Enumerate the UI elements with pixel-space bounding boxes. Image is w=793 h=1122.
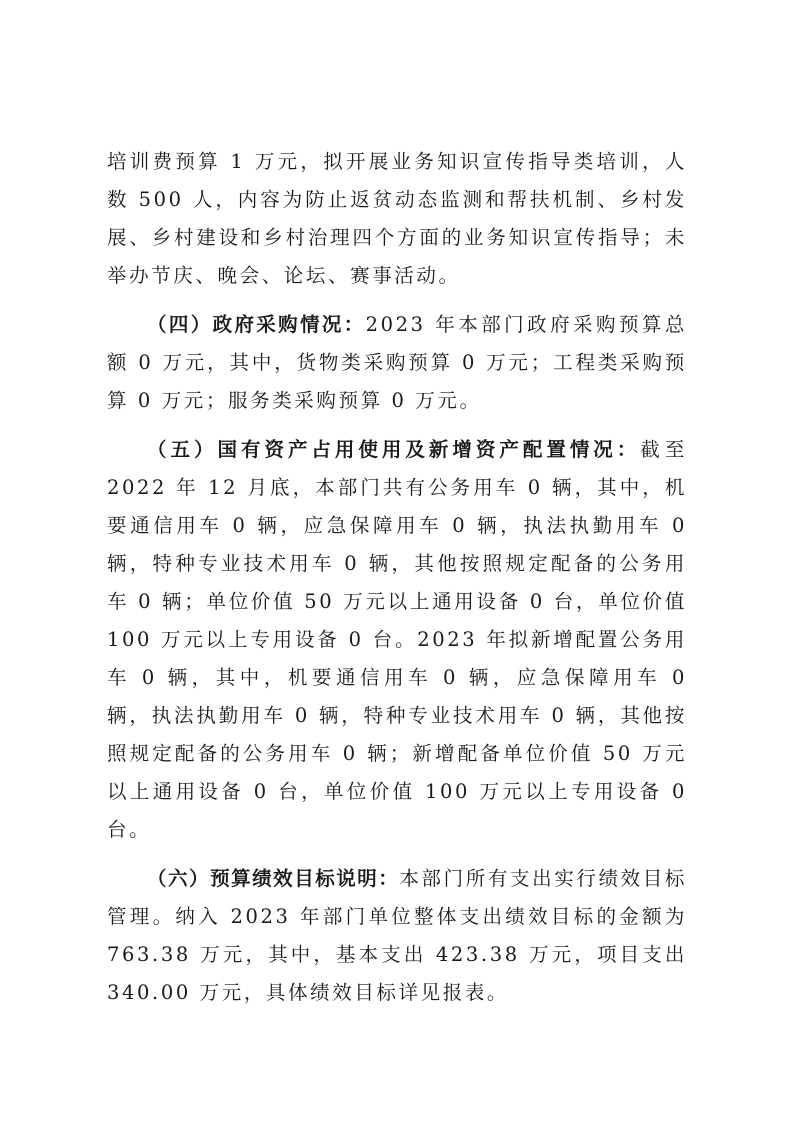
paragraph-training-budget: 培训费预算 1 万元，拟开展业务知识宣传指导类培训，人数 500 人，内容为防止…: [107, 143, 687, 295]
paragraph-government-procurement: （四）政府采购情况：2023 年本部门政府采购预算总额 0 万元，其中，货物类采…: [107, 306, 687, 420]
paragraph-performance-goals: （六）预算绩效目标说明：本部门所有支出实行绩效目标管理。纳入 2023 年部门单…: [107, 860, 687, 1012]
section-heading: （六）预算绩效目标说明：: [147, 867, 399, 890]
paragraph-text: 截至 2022 年 12 月底，本部门共有公务用车 0 辆，其中，机要通信用车 …: [107, 438, 687, 841]
paragraph-state-assets: （五）国有资产占用使用及新增资产配置情况：截至 2022 年 12 月底，本部门…: [107, 431, 687, 849]
document-page: 培训费预算 1 万元，拟开展业务知识宣传指导类培训，人数 500 人，内容为防止…: [107, 143, 687, 1023]
section-heading: （五）国有资产占用使用及新增资产配置情况：: [147, 438, 640, 461]
section-heading: （四）政府采购情况：: [147, 313, 366, 336]
paragraph-text: 培训费预算 1 万元，拟开展业务知识宣传指导类培训，人数 500 人，内容为防止…: [107, 150, 687, 287]
